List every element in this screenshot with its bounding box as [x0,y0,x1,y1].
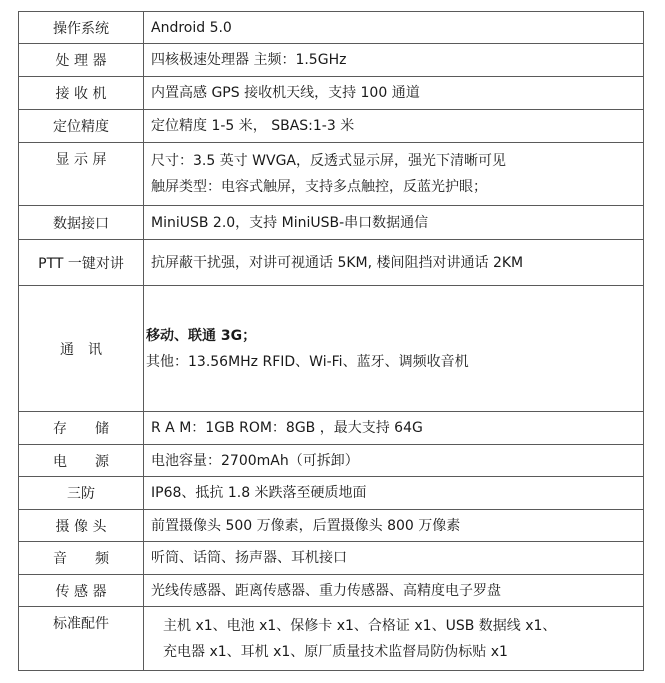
value-line: 前置摄像头 500 万像素，后置摄像头 800 万像素 [151,513,643,539]
value-line: 主机 x1、电池 x1、保修卡 x1、合格证 x1、USB 数据线 x1、 [151,613,643,639]
value-line: 触屏类型：电容式触屏，支持多点触控，反蓝光护眼； [151,174,643,200]
row-value: 定位精度 1-5 米， SBAS:1-3 米 [144,110,644,143]
value-line: 定位精度 1-5 米， SBAS:1-3 米 [151,113,643,139]
row-value: 尺寸：3.5 英寸 WVGA，反透式显示屏，强光下清晰可见 触屏类型：电容式触屏… [144,143,644,206]
row-label: 存 储 [19,412,144,445]
value-line: 抗屏蔽干扰强，对讲可视通话 5KM, 楼间阻挡对讲通话 2KM [151,250,643,276]
row-ptt: PTT 一键对讲 抗屏蔽干扰强，对讲可视通话 5KM, 楼间阻挡对讲通话 2KM [19,240,644,286]
spec-table: 操作系统 Android 5.0 处 理 器 四核极速处理器 主频：1.5GHz… [18,11,644,671]
row-label: 摄 像 头 [19,510,144,542]
value-line: 充电器 x1、耳机 x1、原厂质量技术监督局防伪标贴 x1 [151,639,643,665]
row-label: 数据接口 [19,206,144,240]
row-value: 主机 x1、电池 x1、保修卡 x1、合格证 x1、USB 数据线 x1、 充电… [144,607,644,671]
row-label: 电 源 [19,445,144,477]
row-power: 电 源 电池容量：2700mAh（可拆卸） [19,445,644,477]
row-audio: 音 频 听筒、话筒、扬声器、耳机接口 [19,542,644,575]
row-value: 电池容量：2700mAh（可拆卸） [144,445,644,477]
row-value: 移动、联通 3G； 其他：13.56MHz RFID、Wi-Fi、蓝牙、调频收音… [144,286,644,412]
row-value: 抗屏蔽干扰强，对讲可视通话 5KM, 楼间阻挡对讲通话 2KM [144,240,644,286]
row-rugged: 三防 IP68、抵抗 1.8 米跌落至硬质地面 [19,477,644,510]
value-line: 其他：13.56MHz RFID、Wi-Fi、蓝牙、调频收音机 [146,349,643,375]
row-label: 音 频 [19,542,144,575]
row-label: 处 理 器 [19,44,144,77]
row-label: 标准配件 [19,607,144,671]
row-value: 四核极速处理器 主频：1.5GHz [144,44,644,77]
value-line: 光线传感器、距离传感器、重力传感器、高精度电子罗盘 [151,578,643,604]
value-line: R A M：1GB ROM：8GB ，最大支持 64G [151,415,643,441]
value-line: IP68、抵抗 1.8 米跌落至硬质地面 [151,480,643,506]
row-data-interface: 数据接口 MiniUSB 2.0，支持 MiniUSB-串口数据通信 [19,206,644,240]
row-value: 听筒、话筒、扬声器、耳机接口 [144,542,644,575]
row-receiver: 接 收 机 内置高感 GPS 接收机天线，支持 100 通道 [19,77,644,110]
row-camera: 摄 像 头 前置摄像头 500 万像素，后置摄像头 800 万像素 [19,510,644,542]
row-accuracy: 定位精度 定位精度 1-5 米， SBAS:1-3 米 [19,110,644,143]
row-value: IP68、抵抗 1.8 米跌落至硬质地面 [144,477,644,510]
value-line: 电池容量：2700mAh（可拆卸） [151,448,643,474]
row-os: 操作系统 Android 5.0 [19,12,644,44]
row-label: 显 示 屏 [19,143,144,206]
row-value: 内置高感 GPS 接收机天线，支持 100 通道 [144,77,644,110]
row-label: 传 感 器 [19,575,144,607]
row-communication: 通 讯 移动、联通 3G； 其他：13.56MHz RFID、Wi-Fi、蓝牙、… [19,286,644,412]
value-line: 移动、联通 3G； [146,323,643,349]
row-sensors: 传 感 器 光线传感器、距离传感器、重力传感器、高精度电子罗盘 [19,575,644,607]
value-line: 尺寸：3.5 英寸 WVGA，反透式显示屏，强光下清晰可见 [151,148,643,174]
row-value: R A M：1GB ROM：8GB ，最大支持 64G [144,412,644,445]
row-processor: 处 理 器 四核极速处理器 主频：1.5GHz [19,44,644,77]
value-line: 四核极速处理器 主频：1.5GHz [151,47,643,73]
row-accessories: 标准配件 主机 x1、电池 x1、保修卡 x1、合格证 x1、USB 数据线 x… [19,607,644,671]
value-line: MiniUSB 2.0，支持 MiniUSB-串口数据通信 [151,210,643,236]
row-label: 接 收 机 [19,77,144,110]
row-value: 前置摄像头 500 万像素，后置摄像头 800 万像素 [144,510,644,542]
row-value: MiniUSB 2.0，支持 MiniUSB-串口数据通信 [144,206,644,240]
row-storage: 存 储 R A M：1GB ROM：8GB ，最大支持 64G [19,412,644,445]
row-label: PTT 一键对讲 [19,240,144,286]
value-line: 内置高感 GPS 接收机天线，支持 100 通道 [151,80,643,106]
row-value: Android 5.0 [144,12,644,44]
row-label: 三防 [19,477,144,510]
value-line: 听筒、话筒、扬声器、耳机接口 [151,545,643,571]
value-line: Android 5.0 [151,15,643,41]
row-value: 光线传感器、距离传感器、重力传感器、高精度电子罗盘 [144,575,644,607]
row-label: 定位精度 [19,110,144,143]
row-label: 操作系统 [19,12,144,44]
row-label: 通 讯 [19,286,144,412]
row-display: 显 示 屏 尺寸：3.5 英寸 WVGA，反透式显示屏，强光下清晰可见 触屏类型… [19,143,644,206]
